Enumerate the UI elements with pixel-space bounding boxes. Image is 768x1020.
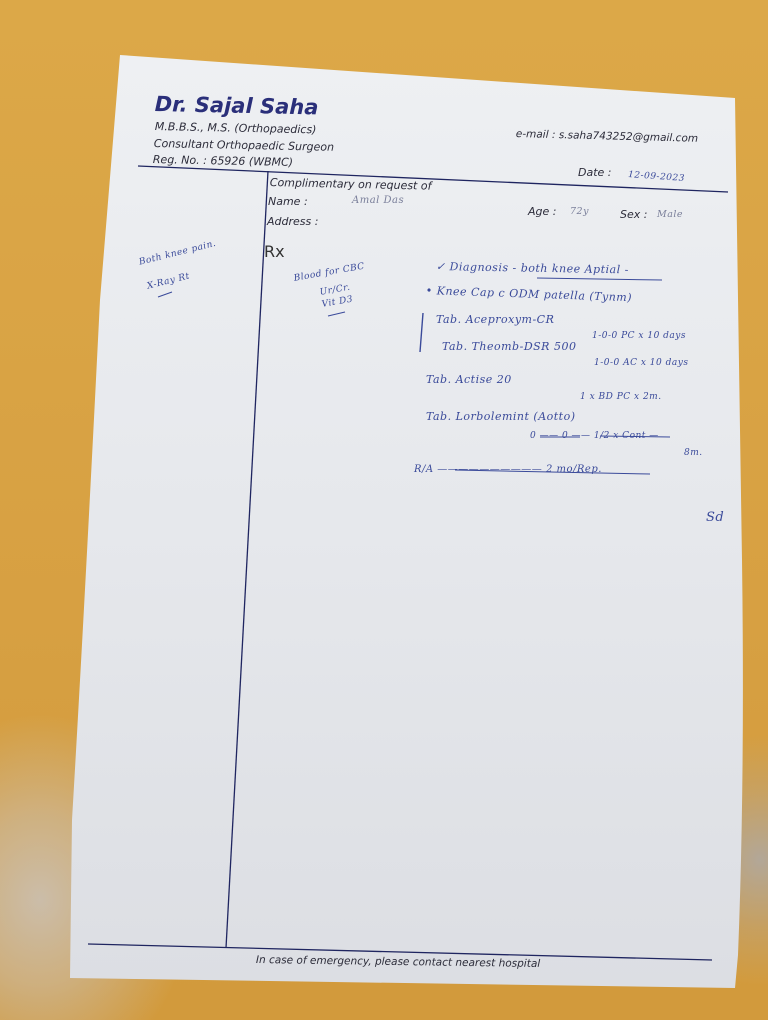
sex-label: Sex :: [620, 208, 647, 221]
rx-line-dose-1: 1-0-0 PC x 10 days: [592, 331, 686, 341]
doctor-name: Dr. Sajal Saha: [154, 92, 318, 119]
date-label: Date :: [578, 166, 612, 179]
patient-sex: Male: [657, 209, 683, 220]
rx-line-dose-4: 0 —— 0 —— 1/2 x Cont —: [530, 431, 659, 441]
age-label: Age :: [528, 205, 556, 218]
rx-line-tab-3: Tab. Actise 20: [426, 373, 512, 386]
paper-outline: [0, 0, 768, 1020]
name-label: Name :: [268, 195, 308, 208]
rx-line-time: 8m.: [684, 448, 703, 458]
rx-line-dose-2: 1-0-0 AC x 10 days: [594, 358, 688, 368]
rx-symbol: Rx: [264, 242, 285, 261]
rx-line-tab-2: Tab. Theomb-DSR 500: [442, 340, 576, 353]
rx-line-tab-1: Tab. Aceproxym-CR: [436, 313, 554, 326]
patient-name: Amal Das: [352, 195, 404, 206]
patient-age: 72y: [570, 206, 589, 217]
rx-line-dose-3: 1 x BD PC x 2m.: [580, 392, 662, 402]
doctor-signature: Sd: [706, 510, 724, 525]
address-label: Address :: [267, 215, 318, 228]
rx-line-tab-4: Tab. Lorbolemint (Aotto): [426, 410, 576, 423]
prescription-sheet: Dr. Sajal Saha M.B.B.S., M.S. (Orthopaed…: [0, 0, 768, 1020]
rx-line-review: R/A —————————— 2 mo/Rep.: [414, 464, 602, 475]
